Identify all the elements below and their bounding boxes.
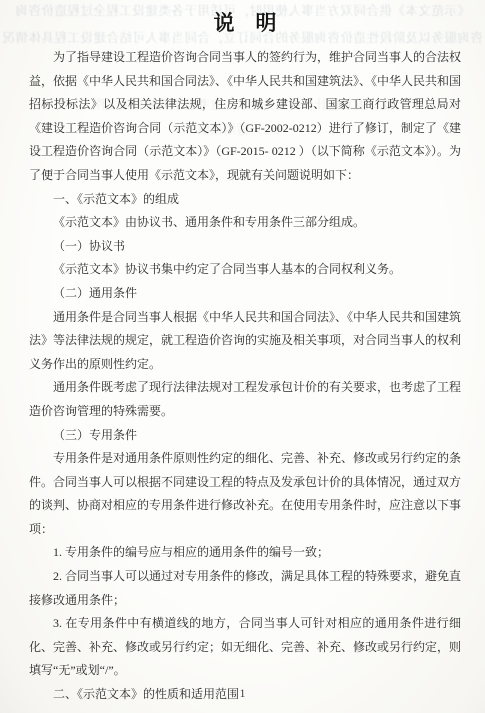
section-heading-1: 一、《示范文本》的组成 [29,188,461,212]
document-page: 《示范文本》供合同双方当事人使用时，可适用于各类建设工程全过程造价咨询 咨询服务… [0,0,485,713]
list-item-2: 2. 合同当事人可以通过对专用条件的修改，满足具体工程的特殊要求，避免直接修改通… [29,565,461,612]
list-item-1: 1. 专用条件的编号应与相应的通用条件的编号一致； [29,541,461,565]
paragraph: 《示范文本》协议书集中约定了合同当事人基本的合同权利义务。 [29,258,461,282]
subsection-heading-1-2: （二）通用条件 [29,282,461,306]
paragraph: 通用条件是合同当事人根据《中华人民共和国合同法》、《中华人民共和国建筑法》等法律… [29,306,461,377]
subsection-heading-1-3: （三）专用条件 [29,424,461,448]
subsection-heading-1-1: （一）协议书 [29,235,461,259]
page-number: 1 [0,688,485,700]
paragraph: 专用条件是对通用条件原则性约定的细化、完善、补充、修改或另行约定的条件。合同当事… [29,447,461,541]
body-text: 为了指导建设工程造价咨询合同当事人的签约行为，维护合同当事人的合法权益，依据《中… [29,46,461,707]
paragraph: 通用条件既考虑了现行法律法规对工程发承包计价的有关要求，也考虑了工程造价咨询管理… [29,376,461,423]
intro-paragraph: 为了指导建设工程造价咨询合同当事人的签约行为，维护合同当事人的合法权益，依据《中… [29,46,461,188]
list-item-3: 3. 在专用条件中有横道线的地方，合同当事人可针对相应的通用条件进行细化、完善、… [29,612,461,683]
page-content: 说 明 为了指导建设工程造价咨询合同当事人的签约行为，维护合同当事人的合法权益，… [0,0,485,707]
page-title: 说 明 [29,9,461,39]
paragraph: 《示范文本》由协议书、通用条件和专用条件三部分组成。 [29,211,461,235]
